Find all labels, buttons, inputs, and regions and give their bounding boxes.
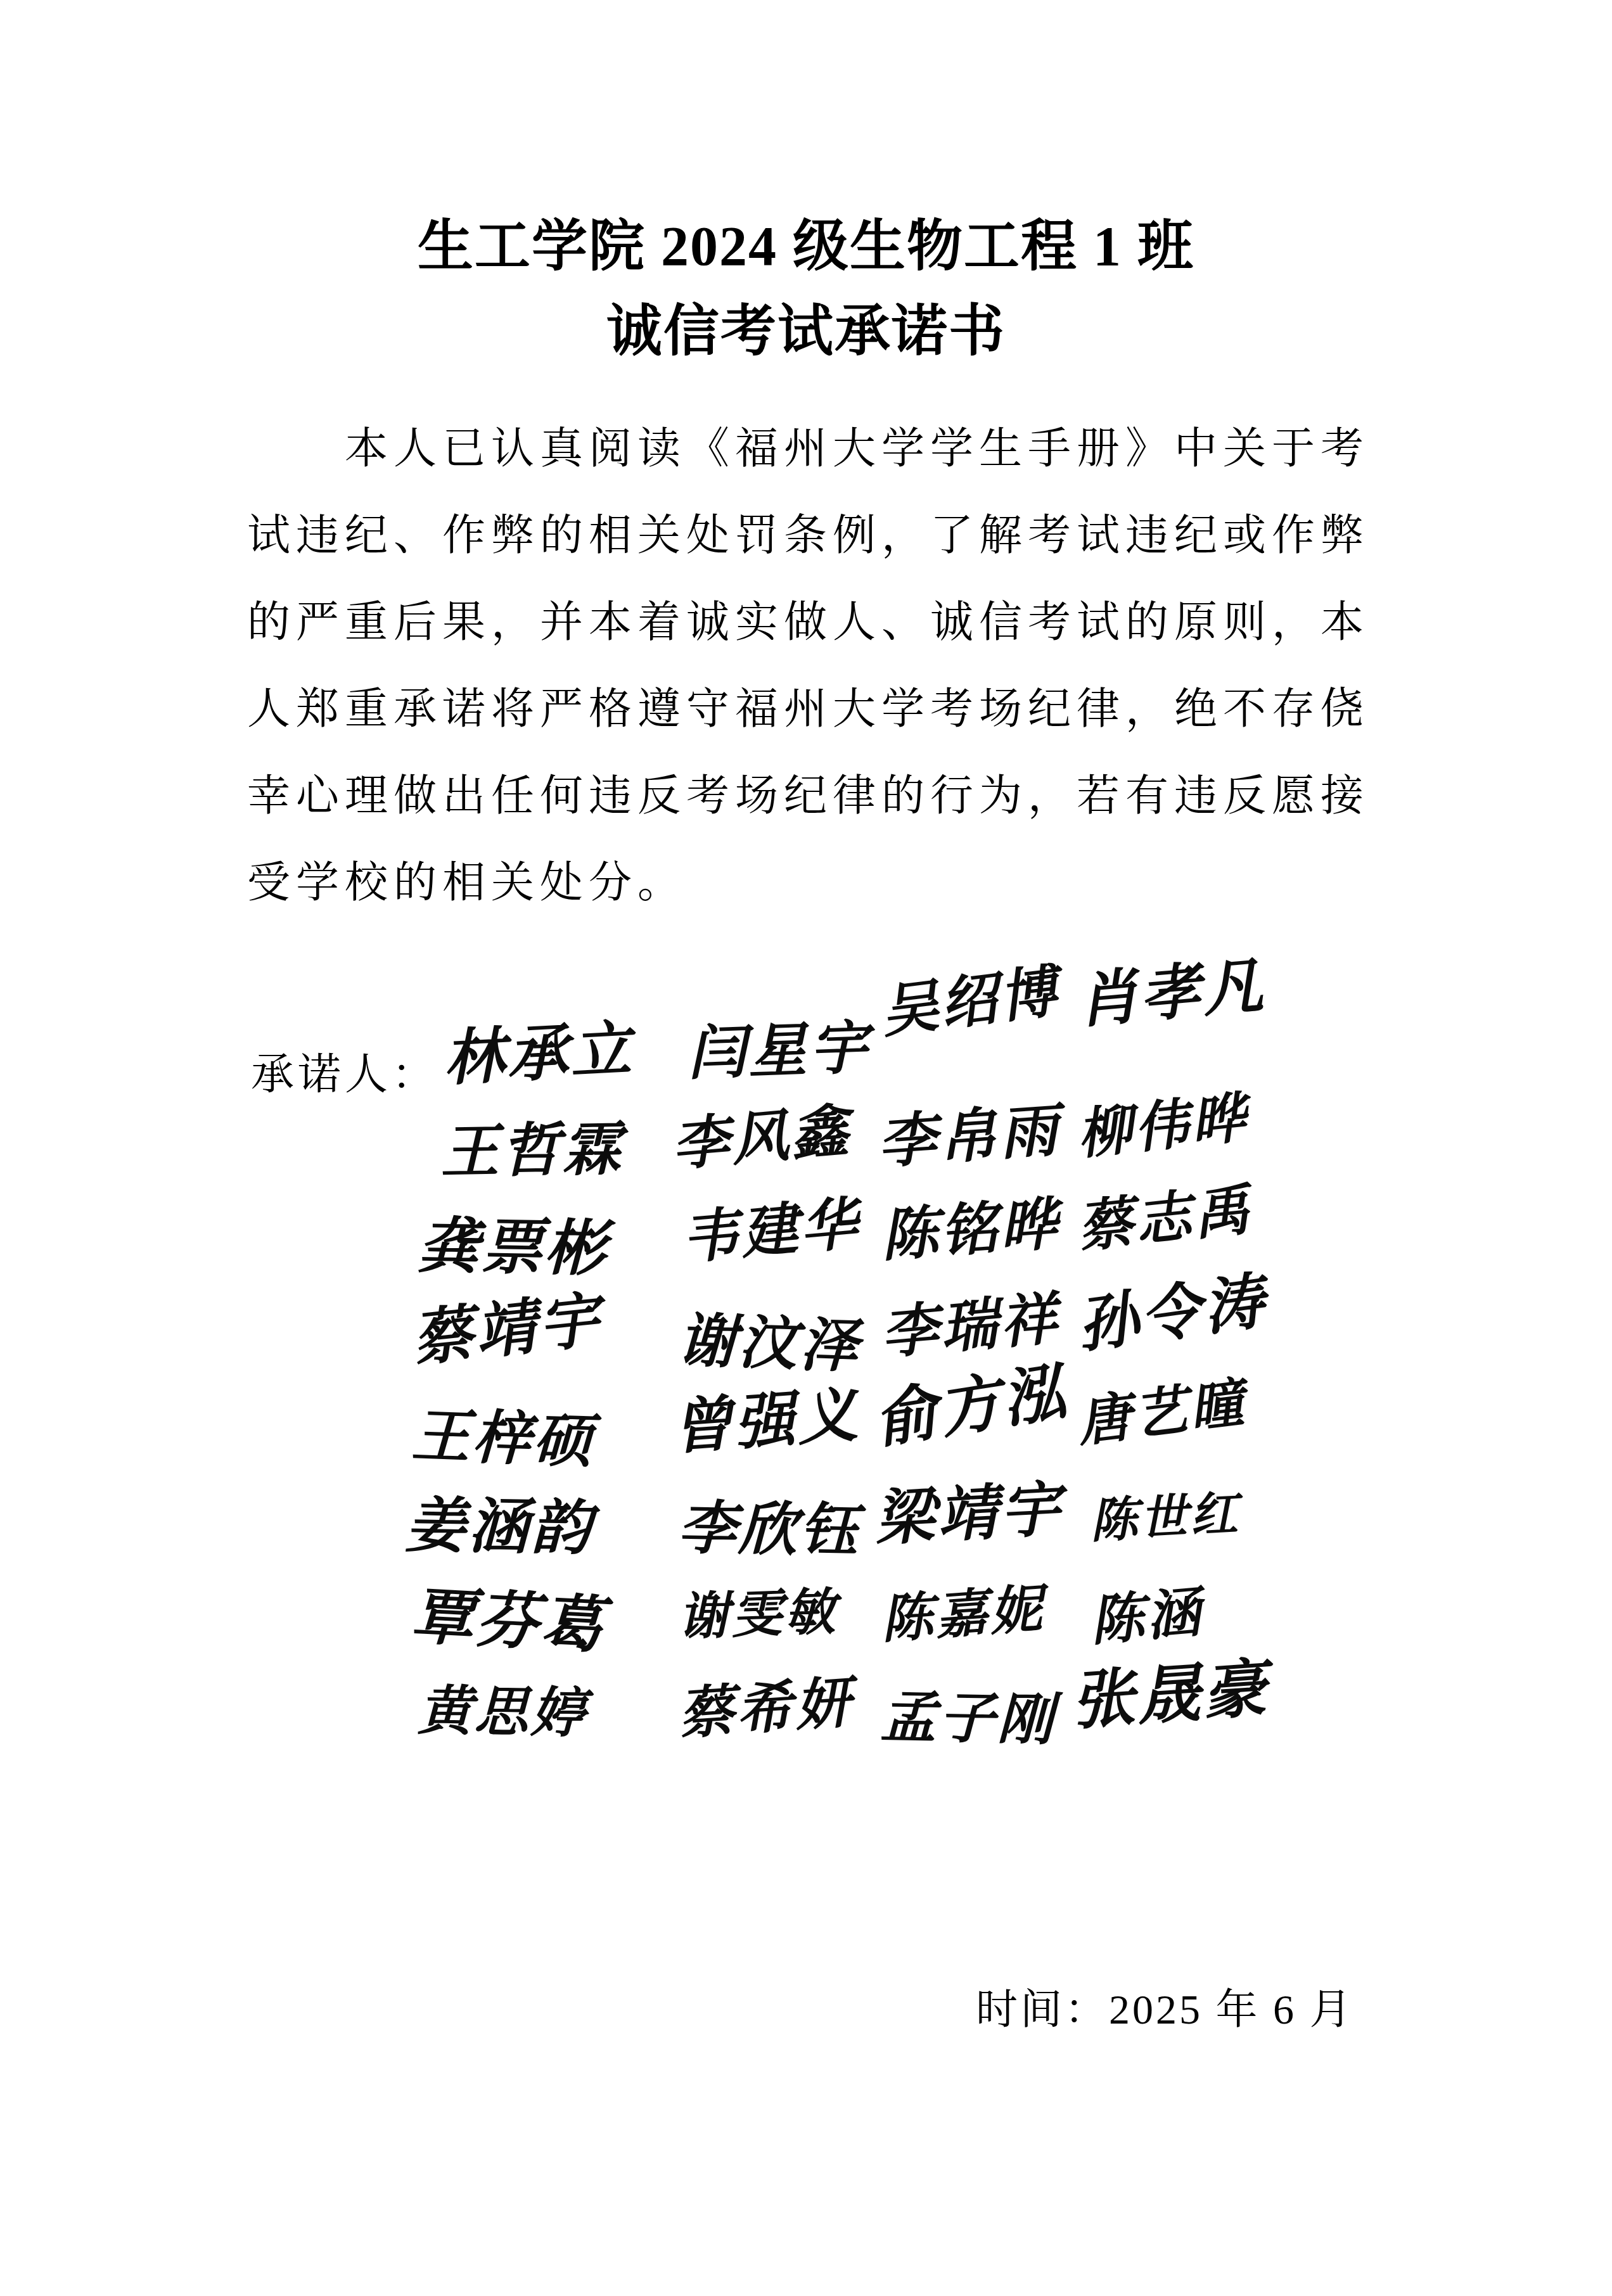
- signature: 唐艺曈: [1073, 1360, 1250, 1457]
- commitment-letter-page: 生工学院 2024 级生物工程 1 班 诚信考试承诺书 本人已认真阅读《福州大学…: [0, 0, 1612, 2296]
- signature: 柳伟晔: [1073, 1073, 1251, 1170]
- signature: 李帛雨: [874, 1083, 1063, 1180]
- signature: 黄思婷: [418, 1668, 588, 1748]
- signature: 韦建华: [677, 1177, 862, 1275]
- signature: 覃芬葛: [409, 1566, 608, 1666]
- signature: 陈铭晔: [878, 1177, 1061, 1272]
- signature: 肖孝凡: [1073, 937, 1269, 1039]
- signature: 王梓硕: [411, 1389, 596, 1479]
- signature: 陈世红: [1088, 1476, 1241, 1552]
- signature: 林承立: [441, 1000, 636, 1097]
- signature: 陈嘉妮: [878, 1567, 1047, 1653]
- signature: 谢雯敏: [677, 1571, 839, 1649]
- signatures-area: 林承立闫星宇吴绍博肖孝凡王哲霖李风鑫李帛雨柳伟晔龚票彬韦建华陈铭晔蔡志禹蔡靖宇谢…: [0, 0, 1612, 2296]
- signature: 吴绍博: [876, 945, 1063, 1048]
- signature: 孟子刚: [880, 1673, 1056, 1756]
- signature: 蔡志禹: [1073, 1165, 1255, 1263]
- signature: 闫星宇: [686, 1001, 871, 1091]
- signature: 张晟豪: [1068, 1636, 1271, 1741]
- signature: 李欣钰: [677, 1481, 861, 1568]
- signature: 梁靖宇: [872, 1462, 1065, 1557]
- signature: 曾强义: [668, 1367, 862, 1465]
- signature: 孙令涛: [1071, 1253, 1271, 1365]
- signature: 李风鑫: [668, 1084, 853, 1182]
- signature: 蔡希妍: [675, 1658, 855, 1750]
- signature: 姜涵韵: [405, 1477, 594, 1567]
- signature: 蔡靖宇: [407, 1272, 606, 1378]
- signature: 王哲霖: [440, 1102, 624, 1189]
- date-line: 时间：2025 年 6 月: [976, 1975, 1354, 2036]
